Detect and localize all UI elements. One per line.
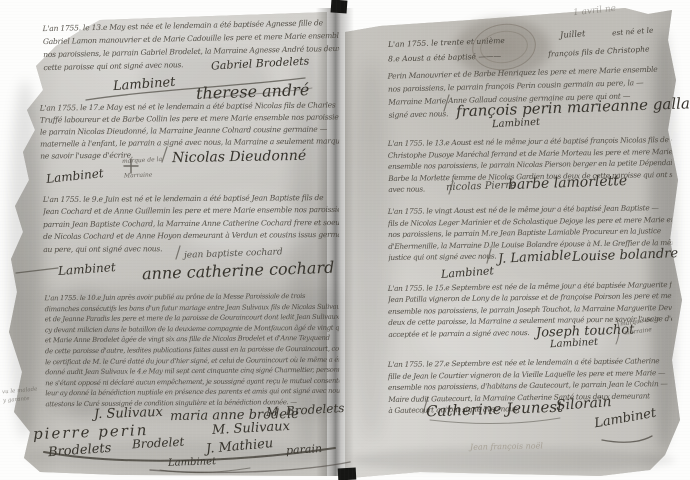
signature-brodelet: Brodelet — [132, 435, 185, 452]
signature-parain: parain — [286, 442, 323, 457]
binding-mark-top — [331, 0, 348, 14]
marque-note-line2: Marraine — [124, 172, 153, 180]
signature-lambinet: Lambinet — [168, 456, 216, 469]
manuscript-scan: L'an 1755. le 13.e May est née et le len… — [0, 0, 690, 480]
baptism-entry-3: L'an 1755. le 9.e Juin est né et le lend… — [43, 192, 339, 256]
binding-mark-bottom — [338, 468, 357, 480]
signature-j-sulivaux: J. Sulivaux — [94, 405, 163, 422]
entry-line-segment: Juillet — [560, 29, 586, 41]
signature-nicolas-dieudonne: Nicolas Dieudonné — [172, 148, 306, 166]
faint-note-jean-francois: Jean françois noël — [470, 441, 543, 451]
marriage-entry: L'an 1755. le 10.e Juin après avoir publ… — [44, 291, 339, 410]
